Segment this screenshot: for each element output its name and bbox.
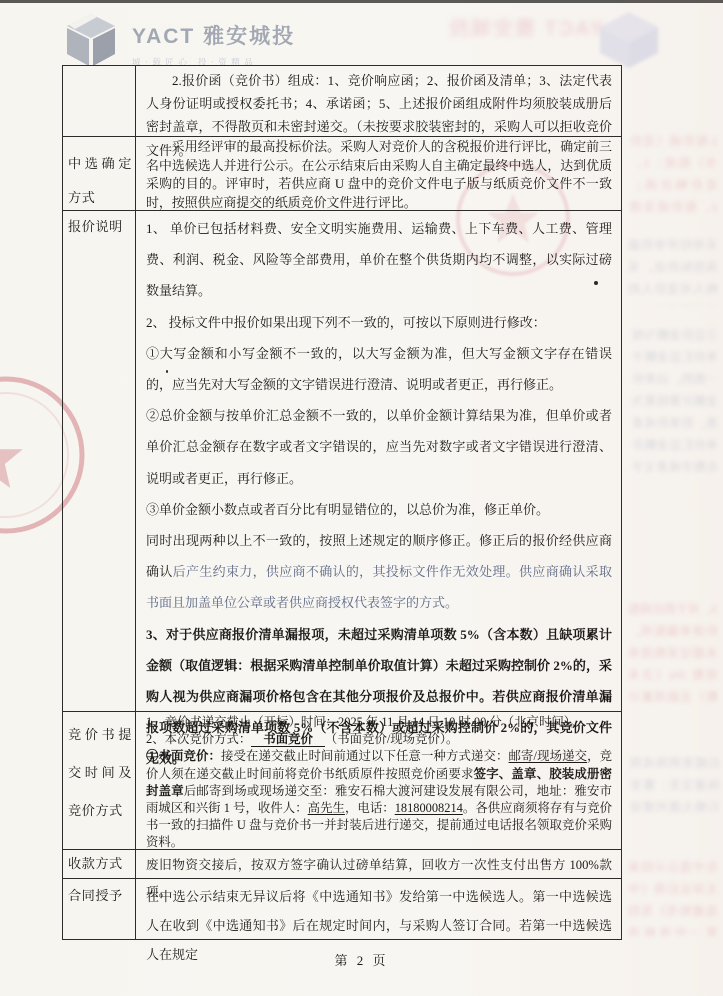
paragraph: ①书面竞价：接受在递交截止时间前通过以下任意一种方式递交：邮寄/现场递交，竞价人…	[146, 748, 612, 851]
paragraph: 1、竞价书递交截止（开标）时间：2025 年 11 月 14 日 10 时 00…	[146, 714, 612, 731]
bleed-through-ghost: 在中选公示结束无异议后将《中选通知书》发给第一中选候选人。第一中选候选人在收到《…	[628, 856, 718, 936]
table-row-pricing-notes: 报价说明 1、 单价已包括材料费、安全文明实施费用、运输费、上下车费、人工费、管…	[63, 211, 621, 712]
row-content: 废旧物资交接后，按双方签字确认过磅单结算，回收方一次性支付出售方 100%款项。	[136, 850, 621, 878]
row-content: 1、竞价书递交截止（开标）时间：2025 年 11 月 14 日 10 时 00…	[136, 712, 621, 849]
underlined-phone: 18180008214	[395, 801, 463, 815]
table-row-selection-method: 中选确定方式 采用经评审的最高投标价法。采购人对竞价人的含税报价进行评比，确定前…	[63, 137, 621, 211]
paragraph: ②总价金额与按单价汇总金额不一致的，以单价金额计算结果为准，但单价或者单价汇总金…	[146, 400, 612, 494]
bleed-through-ghost: 2.报价函（竞价书）组成：1、竞价响应函；2、报价函及清单；3、法定代表人身份证…	[630, 130, 718, 212]
row-content: 1、 单价已包括材料费、安全文明实施费用、运输费、上下车费、人工费、管理费、利润…	[136, 211, 621, 711]
logo-name: YACT 雅安城投	[132, 20, 295, 50]
bold-run: ①书面竞价：	[146, 749, 221, 763]
table-row-quote-composition: 2.报价函（竞价书）组成：1、竞价响应函；2、报价函及清单；3、法定代表人身份证…	[63, 66, 621, 137]
bleed-through-ghost: ②总价金额与按单价汇总金额不一致的，以单价金额计算结果为准，但单价或者单价汇总金…	[632, 324, 718, 474]
paragraph: 1、 单价已包括材料费、安全文明实施费用、运输费、上下车费、人工费、管理费、利润…	[146, 213, 612, 307]
scanned-document-page: YACT 雅安城投 YACT 雅安城投 城·载匠心 投·资精品 2.报价函（竞价…	[0, 0, 723, 996]
paragraph: 同时出现两种以上不一致的，按照上述规定的顺序修正。修正后的报价经供应商确认后产生…	[146, 525, 612, 619]
row-header: 中选确定方式	[63, 137, 136, 210]
row-header-empty	[63, 66, 136, 136]
faded-text-run: 后产生约束力，供应商不确认的，其投标文件作无效处理。供应商确认采取书面且加盖单位…	[146, 564, 612, 610]
underlined-run: 邮寄/现场递交	[509, 749, 588, 763]
paragraph: 2、 投标文件中报价如果出现下列不一致的，可按以下原则进行修改：	[146, 307, 612, 338]
bleed-through-ghost: 后邮寄到场或现场递交至：雅安石棉大渡河建设发展有限公司，地址：雅安市雨城区和兴街…	[630, 752, 720, 816]
paragraph: 采用经评审的最高投标价法。采购人对竞价人的含税报价进行评比，确定前三名中选候选人…	[146, 138, 612, 212]
scan-speck	[166, 370, 168, 373]
row-content: 在中选公示结束无异议后将《中选通知书》发给第一中选候选人。第一中选候选人在收到《…	[136, 879, 621, 939]
table-row-payment: 收款方式 废旧物资交接后，按双方签字确认过磅单结算，回收方一次性支付出售方 10…	[63, 850, 621, 879]
scan-speck	[594, 281, 598, 285]
row-content: 采用经评审的最高投标价法。采购人对竞价人的含税报价进行评比，确定前三名中选候选人…	[136, 137, 621, 210]
row-content: 2.报价函（竞价书）组成：1、竞价响应函；2、报价函及清单；3、法定代表人身份证…	[136, 66, 621, 136]
paragraph: 2、本次竞价方式：书面竞价（书面竞价/现场竞价）。	[146, 731, 612, 748]
cube-logo-icon	[64, 12, 118, 68]
bleed-through-ghost: 采用经评审的最高投标价法。采购人对竞价人的含税报价进行评比，确定前三名中选候选人…	[628, 234, 718, 306]
row-header: 竞价书提交时间及竞价方式	[63, 712, 136, 849]
table-row-contract-award: 合同授予 在中选公示结束无异议后将《中选通知书》发给第一中选候选人。第一中选候选…	[63, 879, 621, 939]
paragraph: ①大写金额和小写金额不一致的，以大写金额为准，但大写金额文字存在错误的，应当先对…	[146, 338, 612, 400]
page-number: 第 2 页	[0, 950, 723, 969]
company-logo: YACT 雅安城投 城·载匠心 投·资精品	[64, 12, 295, 68]
table-row-submission: 竞价书提交时间及竞价方式 1、竞价书递交截止（开标）时间：2025 年 11 月…	[63, 712, 621, 850]
bleed-through-ghost: 3、对于供应商报价清单漏报项，未超过采购清单项数 5%（含本数）且缺项累计金额（…	[628, 598, 718, 710]
row-header: 合同授予	[63, 879, 136, 939]
logo-text-block: YACT 雅安城投 城·载匠心 投·资精品	[132, 12, 295, 68]
row-header: 报价说明	[63, 211, 136, 711]
text-run: ，电话：	[345, 801, 395, 815]
text-run: （书面竞价/现场竞价）。	[325, 732, 459, 746]
underlined-run: 高先生	[308, 801, 345, 815]
document-table: 2.报价函（竞价书）组成：1、竞价响应函；2、报价函及清单；3、法定代表人身份证…	[62, 65, 622, 940]
row-header: 收款方式	[63, 850, 136, 878]
paragraph: ③单价金额小数点或者百分比有明显错位的，以总价为准，修正单价。	[146, 494, 612, 525]
bleed-through-logo-text: YACT 雅安城投	[408, 12, 603, 41]
scan-top-edge	[0, 0, 723, 3]
text-run: 接受在递交截止时间前通过以下任意一种方式递交：	[221, 749, 509, 763]
text-run: 2、本次竞价方式：	[146, 732, 251, 746]
bid-method-underlined: 书面竞价	[251, 732, 325, 747]
